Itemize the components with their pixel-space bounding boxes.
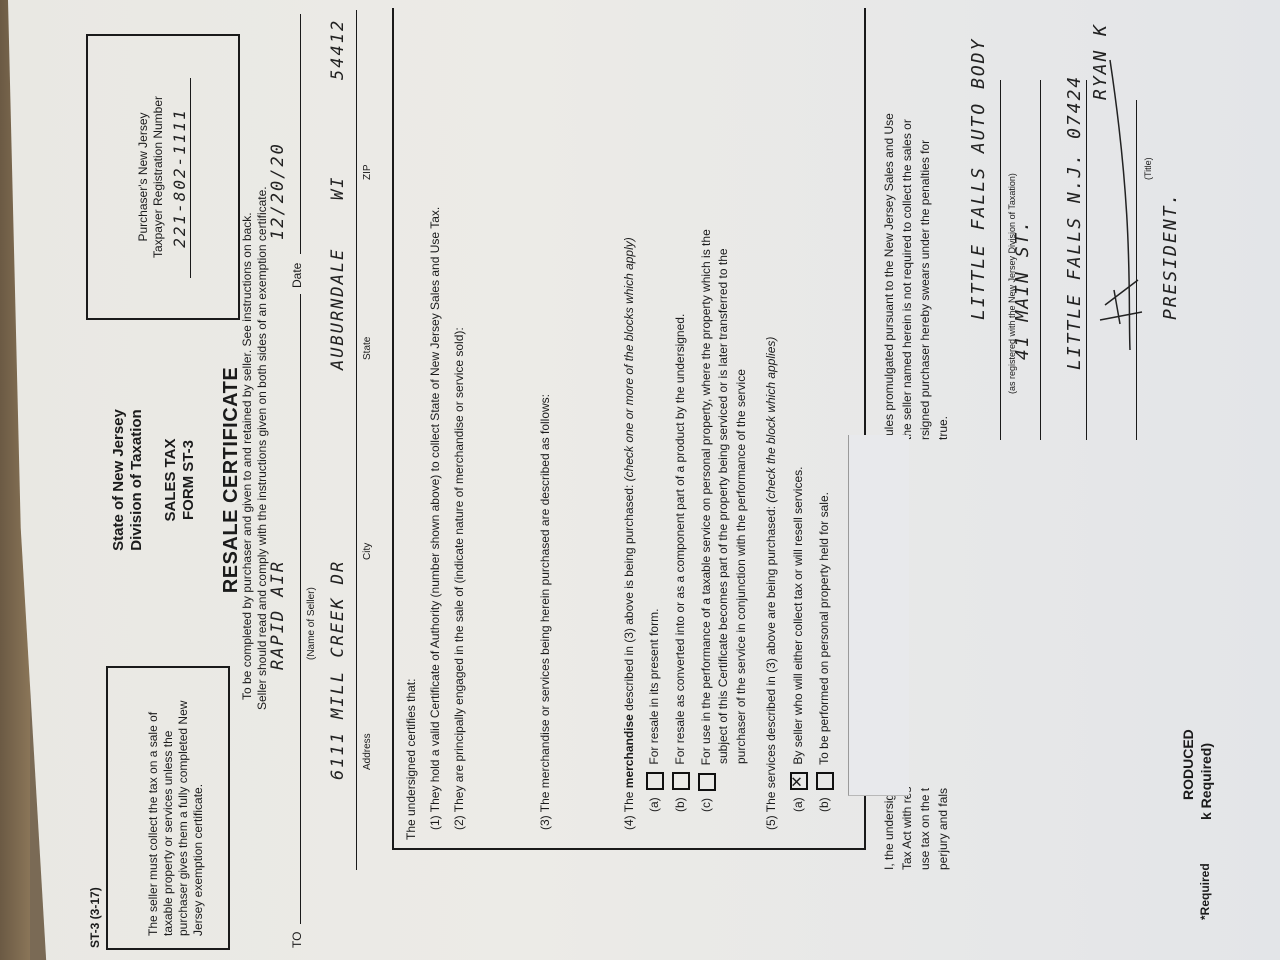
purchaser-name-field[interactable]: LITTLE FALLS AUTO BODY <box>968 38 989 320</box>
checkbox-merchandise-a[interactable] <box>646 772 664 790</box>
form-number: FORM ST-3 <box>180 330 198 630</box>
instructions-line-1: To be completed by purchaser and given t… <box>240 212 255 700</box>
registration-underline <box>190 78 191 278</box>
declaration-right-line: the seller named herein is not required … <box>898 113 916 440</box>
option-letter: (b) <box>817 797 831 812</box>
registration-label-2: Taxpayer Registration Number <box>151 36 166 318</box>
date-field[interactable]: 12/20/20 <box>268 142 288 240</box>
declaration-right-line: rules promulgated pursuant to the New Je… <box>880 113 898 440</box>
footer-partial-1: RODUCED <box>1180 729 1196 800</box>
registration-number[interactable]: 221-802-1111 <box>170 78 189 278</box>
date-label: Date <box>290 263 305 288</box>
option-label: To be performed on personal property hel… <box>817 492 831 765</box>
purchaser-city-field[interactable]: LITTLE FALLS N.J. 07424 <box>1064 75 1085 370</box>
city-field[interactable]: AUBURNDALE <box>328 248 348 370</box>
option-label: For resale as converted into or as a com… <box>673 314 687 765</box>
declaration-right-line: true. <box>934 113 952 440</box>
registration-box: Purchaser's New Jersey Taxpayer Registra… <box>86 34 240 320</box>
option-label: For resale in its present form. <box>647 609 661 765</box>
purchaser-address-line <box>1040 80 1041 440</box>
checkbox-service-a[interactable] <box>790 772 808 790</box>
date-line <box>300 14 301 254</box>
to-label: TO <box>290 932 305 948</box>
agency-division: Division of Taxation <box>128 330 146 630</box>
address-label: Address <box>362 733 374 770</box>
certification-item-4: (4) The merchandise described in (3) abo… <box>622 237 637 830</box>
declaration-left-line: perjury and fals <box>934 787 952 870</box>
option-label: By seller who will either collect tax or… <box>791 467 805 765</box>
purchaser-city-line <box>1086 80 1087 440</box>
item4-italic: (check one or more of the blocks which a… <box>622 237 636 481</box>
checkbox-merchandise-c[interactable] <box>698 773 716 791</box>
certification-item-3: (3) The merchandise or services being he… <box>538 394 553 830</box>
notice-text: The seller must collect the tax on a sal… <box>146 686 206 936</box>
overlapping-sheet <box>848 435 909 796</box>
certification-item-1: (1) They hold a valid Certificate of Aut… <box>428 207 443 830</box>
seller-name-field[interactable]: RAPID AIR <box>268 560 288 670</box>
item4-prefix: (4) The <box>622 788 636 830</box>
signature-scribble[interactable] <box>1090 40 1150 360</box>
item5-prefix: (5) The services described in (3) above … <box>764 503 778 830</box>
zip-label: ZIP <box>362 164 374 180</box>
agency-name: State of New Jersey <box>110 330 128 630</box>
certifies-intro: The undersigned certifies that: <box>404 679 419 840</box>
address-field[interactable]: 6111 MILL CREEK DR <box>328 560 348 780</box>
checkbox-merchandise-b[interactable] <box>672 772 690 790</box>
purchaser-name-line <box>1000 80 1001 440</box>
signature-line <box>1136 100 1137 440</box>
state-field[interactable]: WI <box>328 176 348 200</box>
seller-name-line <box>300 294 301 924</box>
merchandise-option-c[interactable]: (c) For use in the performance of a taxa… <box>698 229 716 812</box>
certification-item-5: (5) The services described in (3) above … <box>764 337 779 830</box>
declaration-left-line: Tax Act with res <box>898 787 916 870</box>
checkbox-service-b[interactable] <box>816 772 834 790</box>
option-letter: (a) <box>791 797 805 812</box>
merchandise-option-c-cont-2: purchaser of the service in conjunction … <box>734 369 749 764</box>
title-field[interactable]: PRESIDENT. <box>1160 192 1181 320</box>
merchandise-option-a[interactable]: (a) For resale in its present form. <box>646 609 664 812</box>
form-type: SALES TAX <box>162 330 180 630</box>
declaration-left-line: I, the undersign <box>880 787 898 870</box>
item4-bold: merchandise <box>622 714 636 788</box>
required-note: *Required <box>1198 863 1212 920</box>
declaration-right: rules promulgated pursuant to the New Je… <box>880 113 952 440</box>
merchandise-option-b[interactable]: (b) For resale as converted into or as a… <box>672 314 690 812</box>
city-label: City <box>362 543 374 560</box>
zip-field[interactable]: 54412 <box>328 19 348 80</box>
option-label: For use in the performance of a taxable … <box>699 229 713 765</box>
declaration-left-line: use tax on the t <box>916 787 934 870</box>
service-option-a[interactable]: (a) By seller who will either collect ta… <box>790 467 808 812</box>
registration-label-1: Purchaser's New Jersey <box>136 36 151 318</box>
certification-item-2: (2) They are principally engaged in the … <box>452 327 467 830</box>
seller-name-label: (Name of Seller) <box>306 587 318 660</box>
resale-certificate-form: ST-3 (3-17) The seller must collect the … <box>0 0 1280 960</box>
form-header: State of New Jersey Division of Taxation… <box>110 330 244 630</box>
state-label: State <box>362 337 374 360</box>
merchandise-option-c-cont-1: subject of this Certificate becomes part… <box>716 248 731 764</box>
item5-italic: (check the block which applies) <box>764 337 778 503</box>
option-letter: (b) <box>673 797 687 812</box>
footer-partial-2: k Required) <box>1198 743 1214 820</box>
item4-suffix: described in (3) above is being purchase… <box>622 481 636 714</box>
option-letter: (a) <box>647 797 661 812</box>
notice-box: The seller must collect the tax on a sal… <box>106 666 230 950</box>
declaration-left: I, the undersign Tax Act with res use ta… <box>880 787 952 870</box>
declaration-right-line: rsigned purchaser hereby swears under th… <box>916 113 934 440</box>
service-option-b[interactable]: (b) To be performed on personal property… <box>816 492 834 812</box>
form-code: ST-3 (3-17) <box>88 887 103 948</box>
option-letter: (c) <box>699 798 713 812</box>
purchaser-address-field[interactable]: 41 MAIN ST. <box>1012 219 1033 360</box>
address-line <box>356 10 357 870</box>
title-label: (Title) <box>1142 157 1154 180</box>
